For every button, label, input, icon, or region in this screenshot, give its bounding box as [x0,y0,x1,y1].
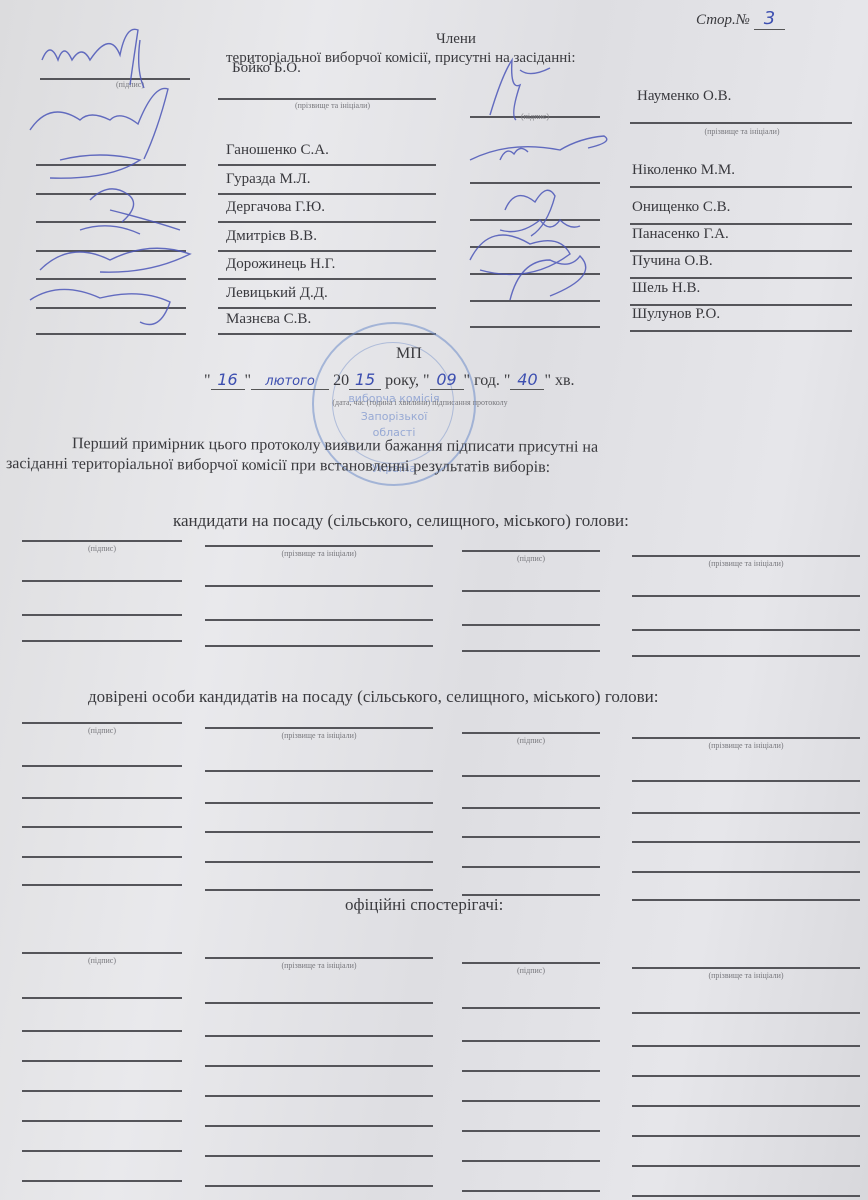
signature-dorozhynets [30,248,190,324]
signature-nikolenko [470,136,607,160]
signature-boiko [42,29,144,88]
signature-puchyna [470,235,586,300]
signature-dergachova [80,189,180,234]
signature-naumenko [490,60,550,120]
signature-onyshchenko [500,190,580,236]
signature-ganoshenko [30,88,168,178]
handwritten-signatures [0,0,868,1200]
